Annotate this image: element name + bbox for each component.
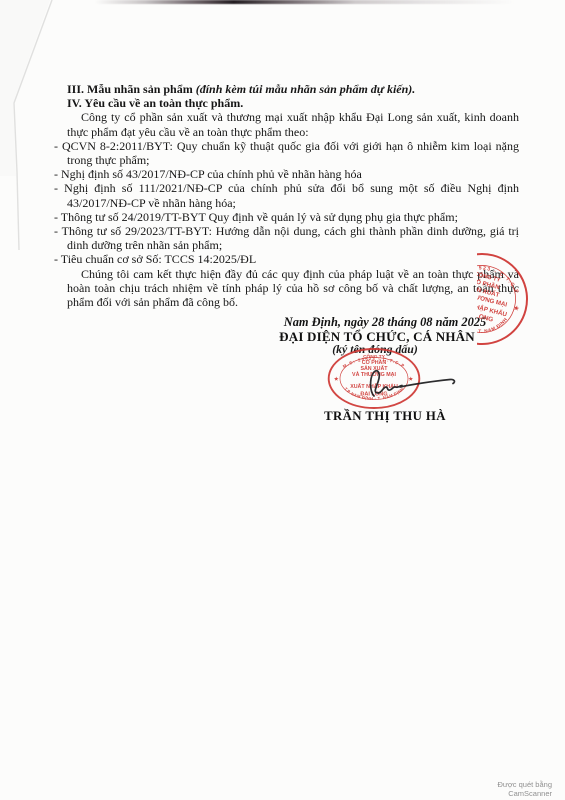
section-4-heading: IV. Yêu cầu về an toàn thực phẩm. xyxy=(67,96,519,110)
stamp-star-left-icon: ★ xyxy=(334,377,339,383)
section-3-title: III. Mẫu nhãn sản phẩm xyxy=(67,82,193,96)
regulation-bullet: - Tiêu chuẩn cơ sở Số: TCCS 14:2025/ĐL xyxy=(67,252,519,266)
handwritten-signature xyxy=(352,366,460,400)
commitment-paragraph: Chúng tôi cam kết thực hiện đầy đủ các q… xyxy=(67,267,519,310)
edge-stamp-circle: M.S: 20523 - C.T.C.P T.P NAM ĐỊNH - T. N… xyxy=(477,246,543,352)
regulation-bullet: - Nghị định số 111/2021/NĐ-CP của chính … xyxy=(67,181,519,209)
document-text-body: III. Mẫu nhãn sản phẩm (đính kèm túi mẫu… xyxy=(67,82,519,309)
stamp-line-cophan: CỔ PHẦN xyxy=(362,359,387,366)
intro-paragraph: Công ty cổ phần sản xuất và thương mại x… xyxy=(67,110,519,138)
scanned-document-page: III. Mẫu nhãn sản phẩm (đính kèm túi mẫu… xyxy=(0,0,565,800)
regulation-bullet: - Thông tư số 29/2023/TT-BYT: Hướng dẫn … xyxy=(67,224,519,252)
camscanner-watermark: Được quét bằng CamScanner xyxy=(452,780,552,798)
place-and-date-line: Nam Định, ngày 28 tháng 08 năm 2025 xyxy=(272,315,498,330)
edge-partial-stamp: M.S: 20523 - C.T.C.P T.P NAM ĐỊNH - T. N… xyxy=(477,246,565,352)
signature-tail-stroke xyxy=(400,379,454,387)
section-3-note: (đính kèm túi mẫu nhãn sản phẩm dự kiến)… xyxy=(196,82,416,96)
regulation-bullet: - Nghị định số 43/2017/NĐ-CP của chính p… xyxy=(67,167,519,181)
stamp-line-congty: CÔNG TY xyxy=(363,352,386,360)
regulation-bullet: - QCVN 8-2:2011/BYT: Quy chuẩn kỹ thuật … xyxy=(67,139,519,167)
section-3-heading: III. Mẫu nhãn sản phẩm (đính kèm túi mẫu… xyxy=(67,82,519,96)
signature-stroke xyxy=(371,371,402,396)
regulation-bullet: - Thông tư số 24/2019/TT-BYT Quy định về… xyxy=(67,210,519,224)
signer-name: TRẦN THỊ THU HÀ xyxy=(280,409,490,424)
edge-stamp-star-right-icon: ★ xyxy=(513,305,521,313)
